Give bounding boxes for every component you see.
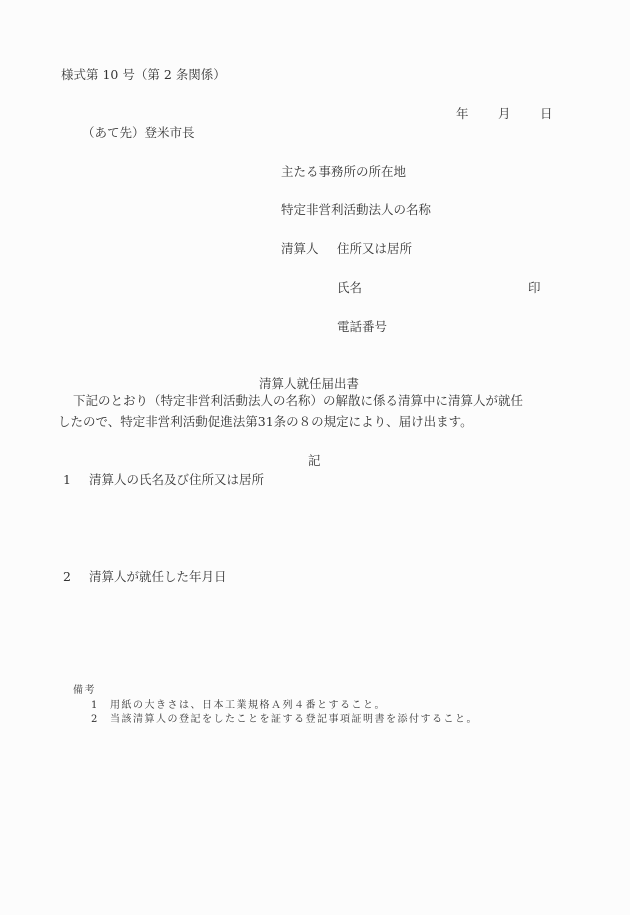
office-location-label: 主たる事務所の所在地 xyxy=(281,166,406,179)
item-1-label: 清算人の氏名及び住所又は居所 xyxy=(89,474,264,487)
address-label: 住所又は居所 xyxy=(337,243,412,256)
addressee: （あて先）登米市長 xyxy=(82,127,195,140)
item-2-number: 2 xyxy=(63,571,71,584)
date-month-label: 月 xyxy=(498,108,511,121)
phone-label: 電話番号 xyxy=(337,321,387,334)
note-2-number: 2 xyxy=(91,715,99,725)
form-number: 様式第 10 号（第 2 条関係） xyxy=(61,69,226,82)
document-title: 清算人就任届出書 xyxy=(259,378,359,391)
notes-heading: 備考 xyxy=(73,686,96,696)
item-2-label: 清算人が就任した年月日 xyxy=(89,571,227,584)
liquidator-label: 清算人 xyxy=(281,243,319,256)
date-year-label: 年 xyxy=(456,108,469,121)
note-2-text: 当該清算人の登記をしたことを証する登記事項証明書を添付すること。 xyxy=(110,715,478,725)
note-1-text: 用紙の大きさは、日本工業規格Ａ列４番とすること。 xyxy=(110,701,386,711)
seal-label: 印 xyxy=(528,282,541,295)
date-day-label: 日 xyxy=(540,108,553,121)
ki-label: 記 xyxy=(308,455,321,468)
item-1-number: 1 xyxy=(63,474,71,487)
body-line-1: 下記のとおり（特定非営利活動法人の名称）の解散に係る清算中に清算人が就任 xyxy=(73,395,523,408)
corp-name-label: 特定非営利活動法人の名称 xyxy=(281,204,431,217)
name-label: 氏名 xyxy=(337,282,362,295)
body-line-2: したので、特定非営利活動促進法第31条の８の規定により、届け出ます。 xyxy=(58,416,473,429)
note-1-number: 1 xyxy=(91,701,99,711)
